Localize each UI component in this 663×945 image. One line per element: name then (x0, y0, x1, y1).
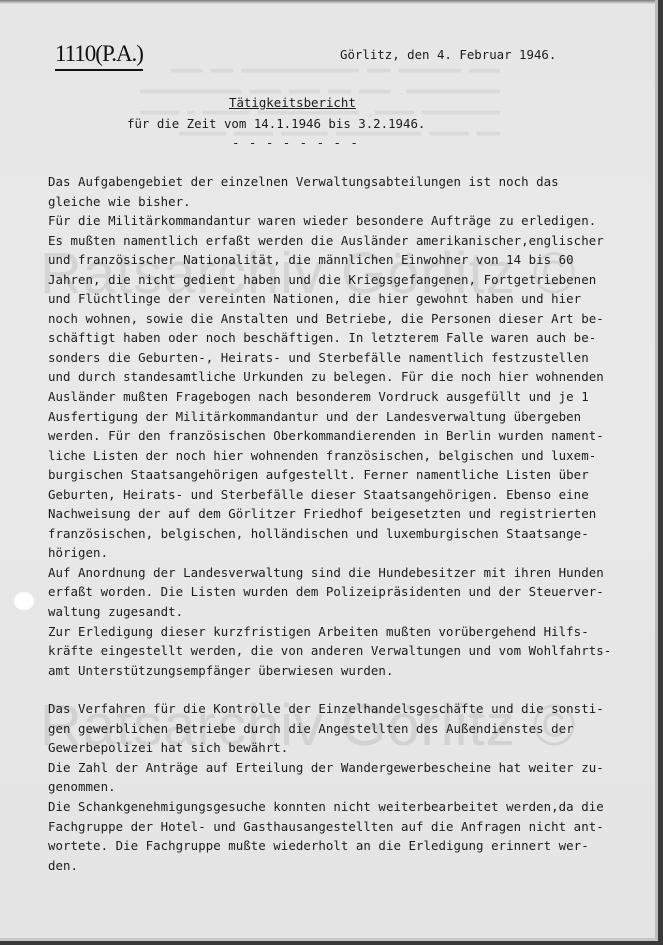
text-line: gen gewerblichen Betriebe durch die Ange… (48, 719, 611, 739)
text-line: und französischer Nationalität, die männ… (48, 250, 611, 270)
document-title: Tätigkeitsbericht (229, 95, 356, 110)
report-body: Das Aufgabengebiet der einzelnen Verwalt… (48, 172, 611, 875)
document-page: ▬▬▬▬ ▬▬▬▬▬▬▬▬ ▬▬▬ ▬▬▬▬▬▬▬▬▬▬▬▬▬▬▬ ▬▬▬ ▬▬… (0, 0, 658, 941)
punch-hole (14, 592, 34, 610)
text-line: Jahren, die nicht gedient haben und die … (48, 270, 611, 290)
text-line: französischen, belgischen, holländischen… (48, 524, 611, 544)
text-line: Fachgruppe der Hotel- und Gasthausangest… (48, 817, 611, 837)
text-line: waltung zugesandt. (48, 602, 611, 622)
text-line: wortete. Die Fachgruppe mußte wiederholt… (48, 836, 611, 856)
text-line: Ausländer mußten Fragebogen nach besonde… (48, 387, 611, 407)
text-line: burgischen Staatsangehörigen aufgestellt… (48, 465, 611, 485)
text-line: liche Listen der noch hier wohnenden fra… (48, 446, 611, 466)
text-line: erfaßt worden. Die Listen wurden dem Pol… (48, 582, 611, 602)
text-line: schäftigt haben oder noch beschäftigen. … (48, 328, 611, 348)
text-line: Die Zahl der Anträge auf Erteilung der W… (48, 758, 611, 778)
text-line: und Flüchtlinge der vereinten Nationen, … (48, 289, 611, 309)
reference-number: 1110(P.A.) (55, 41, 143, 71)
text-line: und durch standesamtliche Urkunden zu be… (48, 367, 611, 387)
text-line: den. (48, 856, 611, 876)
text-line: Geburten, Heirats- und Sterbefälle diese… (48, 485, 611, 505)
text-line: Das Verfahren für die Kontrolle der Einz… (48, 699, 611, 719)
text-line: Die Schankgenehmigungsgesuche konnten ni… (48, 797, 611, 817)
text-line: genommen. (48, 777, 611, 797)
text-line: Auf Anordnung der Landesverwaltung sind … (48, 563, 611, 583)
scan-edge-shadow (0, 0, 655, 4)
report-period: für die Zeit vom 14.1.1946 bis 3.2.1946. (127, 116, 425, 131)
text-line: Ausfertigung der Militärkommandantur und… (48, 407, 611, 427)
paragraph-gap (48, 680, 611, 699)
text-line: amt Unterstützungsempfänger überwiesen w… (48, 661, 611, 681)
place-date: Görlitz, den 4. Februar 1946. (340, 47, 556, 62)
text-line: noch wohnen, sowie die Anstalten und Bet… (48, 309, 611, 329)
text-line: Gewerbepolizei hat sich bewährt. (48, 738, 611, 758)
text-line: sonders die Geburten-, Heirats- und Ster… (48, 348, 611, 368)
text-line: Das Aufgabengebiet der einzelnen Verwalt… (48, 172, 611, 192)
text-line: Zur Erledigung dieser kurzfristigen Arbe… (48, 622, 611, 642)
text-line: Für die Militärkommandantur waren wieder… (48, 211, 611, 231)
separator-dashes: - - - - - - - - (232, 135, 359, 150)
text-line: hörigen. (48, 543, 611, 563)
text-line: werden. Für den französischen Oberkomman… (48, 426, 611, 446)
text-line: kräfte eingestellt werden, die von ander… (48, 641, 611, 661)
text-line: gleiche wie bisher. (48, 192, 611, 212)
text-line: Es mußten namentlich erfaßt werden die A… (48, 231, 611, 251)
text-line: Nachweisung der auf dem Görlitzer Friedh… (48, 504, 611, 524)
